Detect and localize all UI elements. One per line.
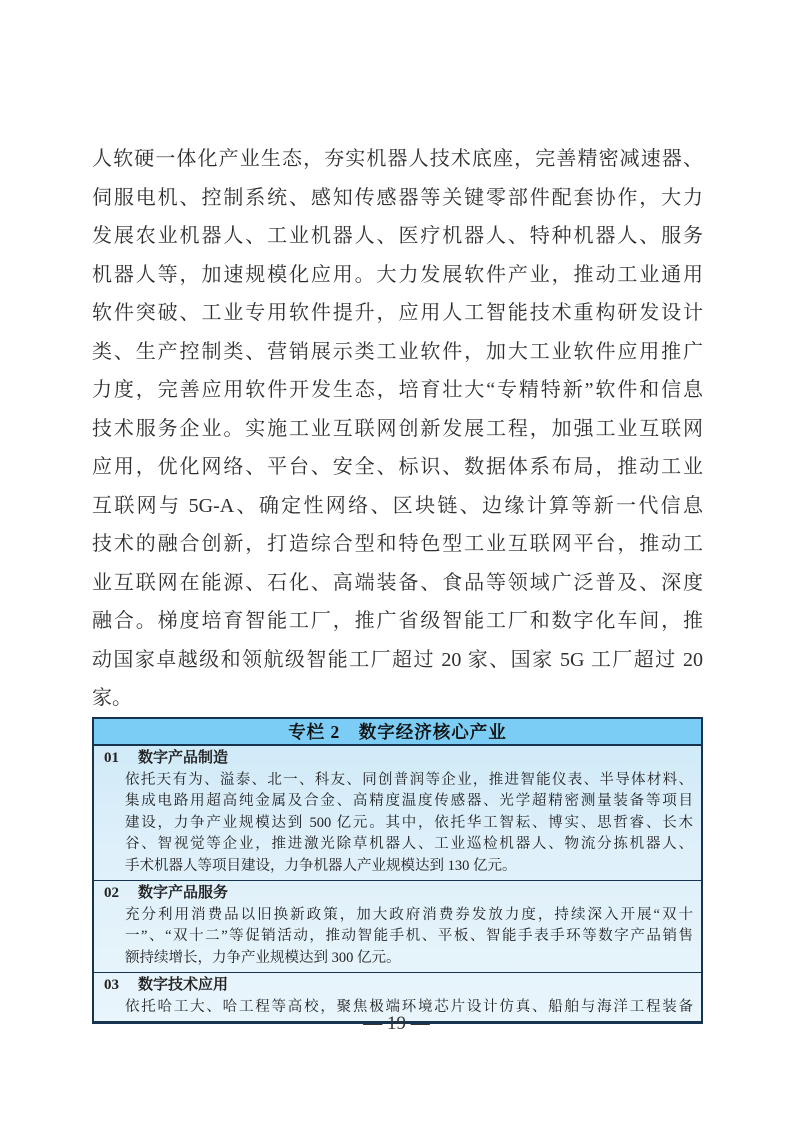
panel-row-text: 依托天有为、溢泰、北一、科友、同创普润等企业，推进智能仪表、半导体材料、 集成电… <box>104 770 693 878</box>
text-line: 技术服务企业。实施工业互联网创新发展工程，加强工业互联网 <box>92 410 703 449</box>
text-line: 应用，优化网络、平台、安全、标识、数据体系布局，推动工业 <box>92 448 703 487</box>
panel-row-text: 充分利用消费品以旧换新政策，加大政府消费券发放力度，持续深入开展“双十 一”、“… <box>104 905 693 970</box>
panel-row-number: 03 <box>104 975 138 997</box>
text-line: 业互联网在能源、石化、高端装备、食品等领域广泛普及、深度 <box>92 564 703 603</box>
panel-row-number: 01 <box>104 748 138 770</box>
panel-text-line: 额持续增长，力争产业规模达到 300 亿元。 <box>125 948 693 970</box>
panel-row-title: 数字技术应用 <box>138 977 228 993</box>
panel-text-line: 谷、智视觉等企业，推进激光除草机器人、工业巡检机器人、物流分拣机器人、 <box>125 834 693 856</box>
text-line: 类、生产控制类、营销展示类工业软件，加大工业软件应用推广 <box>92 333 703 372</box>
text-line: 融合。梯度培育智能工厂，推广省级智能工厂和数字化车间，推 <box>92 602 703 641</box>
text-line: 机器人等，加速规模化应用。大力发展软件产业，推动工业通用 <box>92 256 703 295</box>
panel-text-line: 充分利用消费品以旧换新政策，加大政府消费券发放力度，持续深入开展“双十 <box>125 905 693 927</box>
text-line: 技术的融合创新，打造综合型和特色型工业互联网平台，推动工 <box>92 525 703 564</box>
panel-text-line: 集成电路用超高纯金属及合金、高精度温度传感器、光学超精密测量装备等项目 <box>125 791 693 813</box>
text-line: 家。 <box>92 679 703 718</box>
panel-text-line: 依托天有为、溢泰、北一、科友、同创普润等企业，推进智能仪表、半导体材料、 <box>125 770 693 792</box>
panel-text-line: 建设，力争产业规模达到 500 亿元。其中，依托华工智耘、博实、思哲睿、长木 <box>125 813 693 835</box>
panel-text-line: 一”、“双十二”等促销活动，推动智能手机、平板、智能手表手环等数字产品销售 <box>125 926 693 948</box>
panel-text-line: 手术机器人等项目建设，力争机器人产业规模达到 130 亿元。 <box>125 856 693 878</box>
panel-row-heading: 03数字技术应用 <box>104 975 693 997</box>
panel-row-02: 02数字产品服务 充分利用消费品以旧换新政策，加大政府消费券发放力度，持续深入开… <box>94 880 701 972</box>
page-number: — 19 — <box>0 1013 793 1035</box>
text-line: 软件突破、工业专用软件提升，应用人工智能技术重构研发设计 <box>92 294 703 333</box>
text-line: 伺服电机、控制系统、感知传感器等关键零部件配套协作，大力 <box>92 179 703 218</box>
column-panel: 专栏 2 数字经济核心产业 01数字产品制造 依托天有为、溢泰、北一、科友、同创… <box>92 717 703 1024</box>
text-line: 力度，完善应用软件开发生态，培育壮大“专精特新”软件和信息 <box>92 371 703 410</box>
text-line: 互联网与 5G-A、确定性网络、区块链、边缘计算等新一代信息 <box>92 487 703 526</box>
panel-row-heading: 01数字产品制造 <box>104 748 693 770</box>
panel-title: 专栏 2 数字经济核心产业 <box>94 719 701 746</box>
panel-row-01: 01数字产品制造 依托天有为、溢泰、北一、科友、同创普润等企业，推进智能仪表、半… <box>94 746 701 880</box>
panel-row-title: 数字产品服务 <box>138 885 228 901</box>
body-paragraph: 人软硬一体化产业生态，夯实机器人技术底座，完善精密减速器、 伺服电机、控制系统、… <box>92 140 703 718</box>
text-line: 动国家卓越级和领航级智能工厂超过 20 家、国家 5G 工厂超过 20 <box>92 641 703 680</box>
panel-row-number: 02 <box>104 883 138 905</box>
text-line: 发展农业机器人、工业机器人、医疗机器人、特种机器人、服务 <box>92 217 703 256</box>
document-page: { "page": { "footer": "— 19 —" }, "body"… <box>0 0 793 1122</box>
panel-row-heading: 02数字产品服务 <box>104 883 693 905</box>
text-line: 人软硬一体化产业生态，夯实机器人技术底座，完善精密减速器、 <box>92 140 703 179</box>
panel-row-title: 数字产品制造 <box>138 750 228 766</box>
